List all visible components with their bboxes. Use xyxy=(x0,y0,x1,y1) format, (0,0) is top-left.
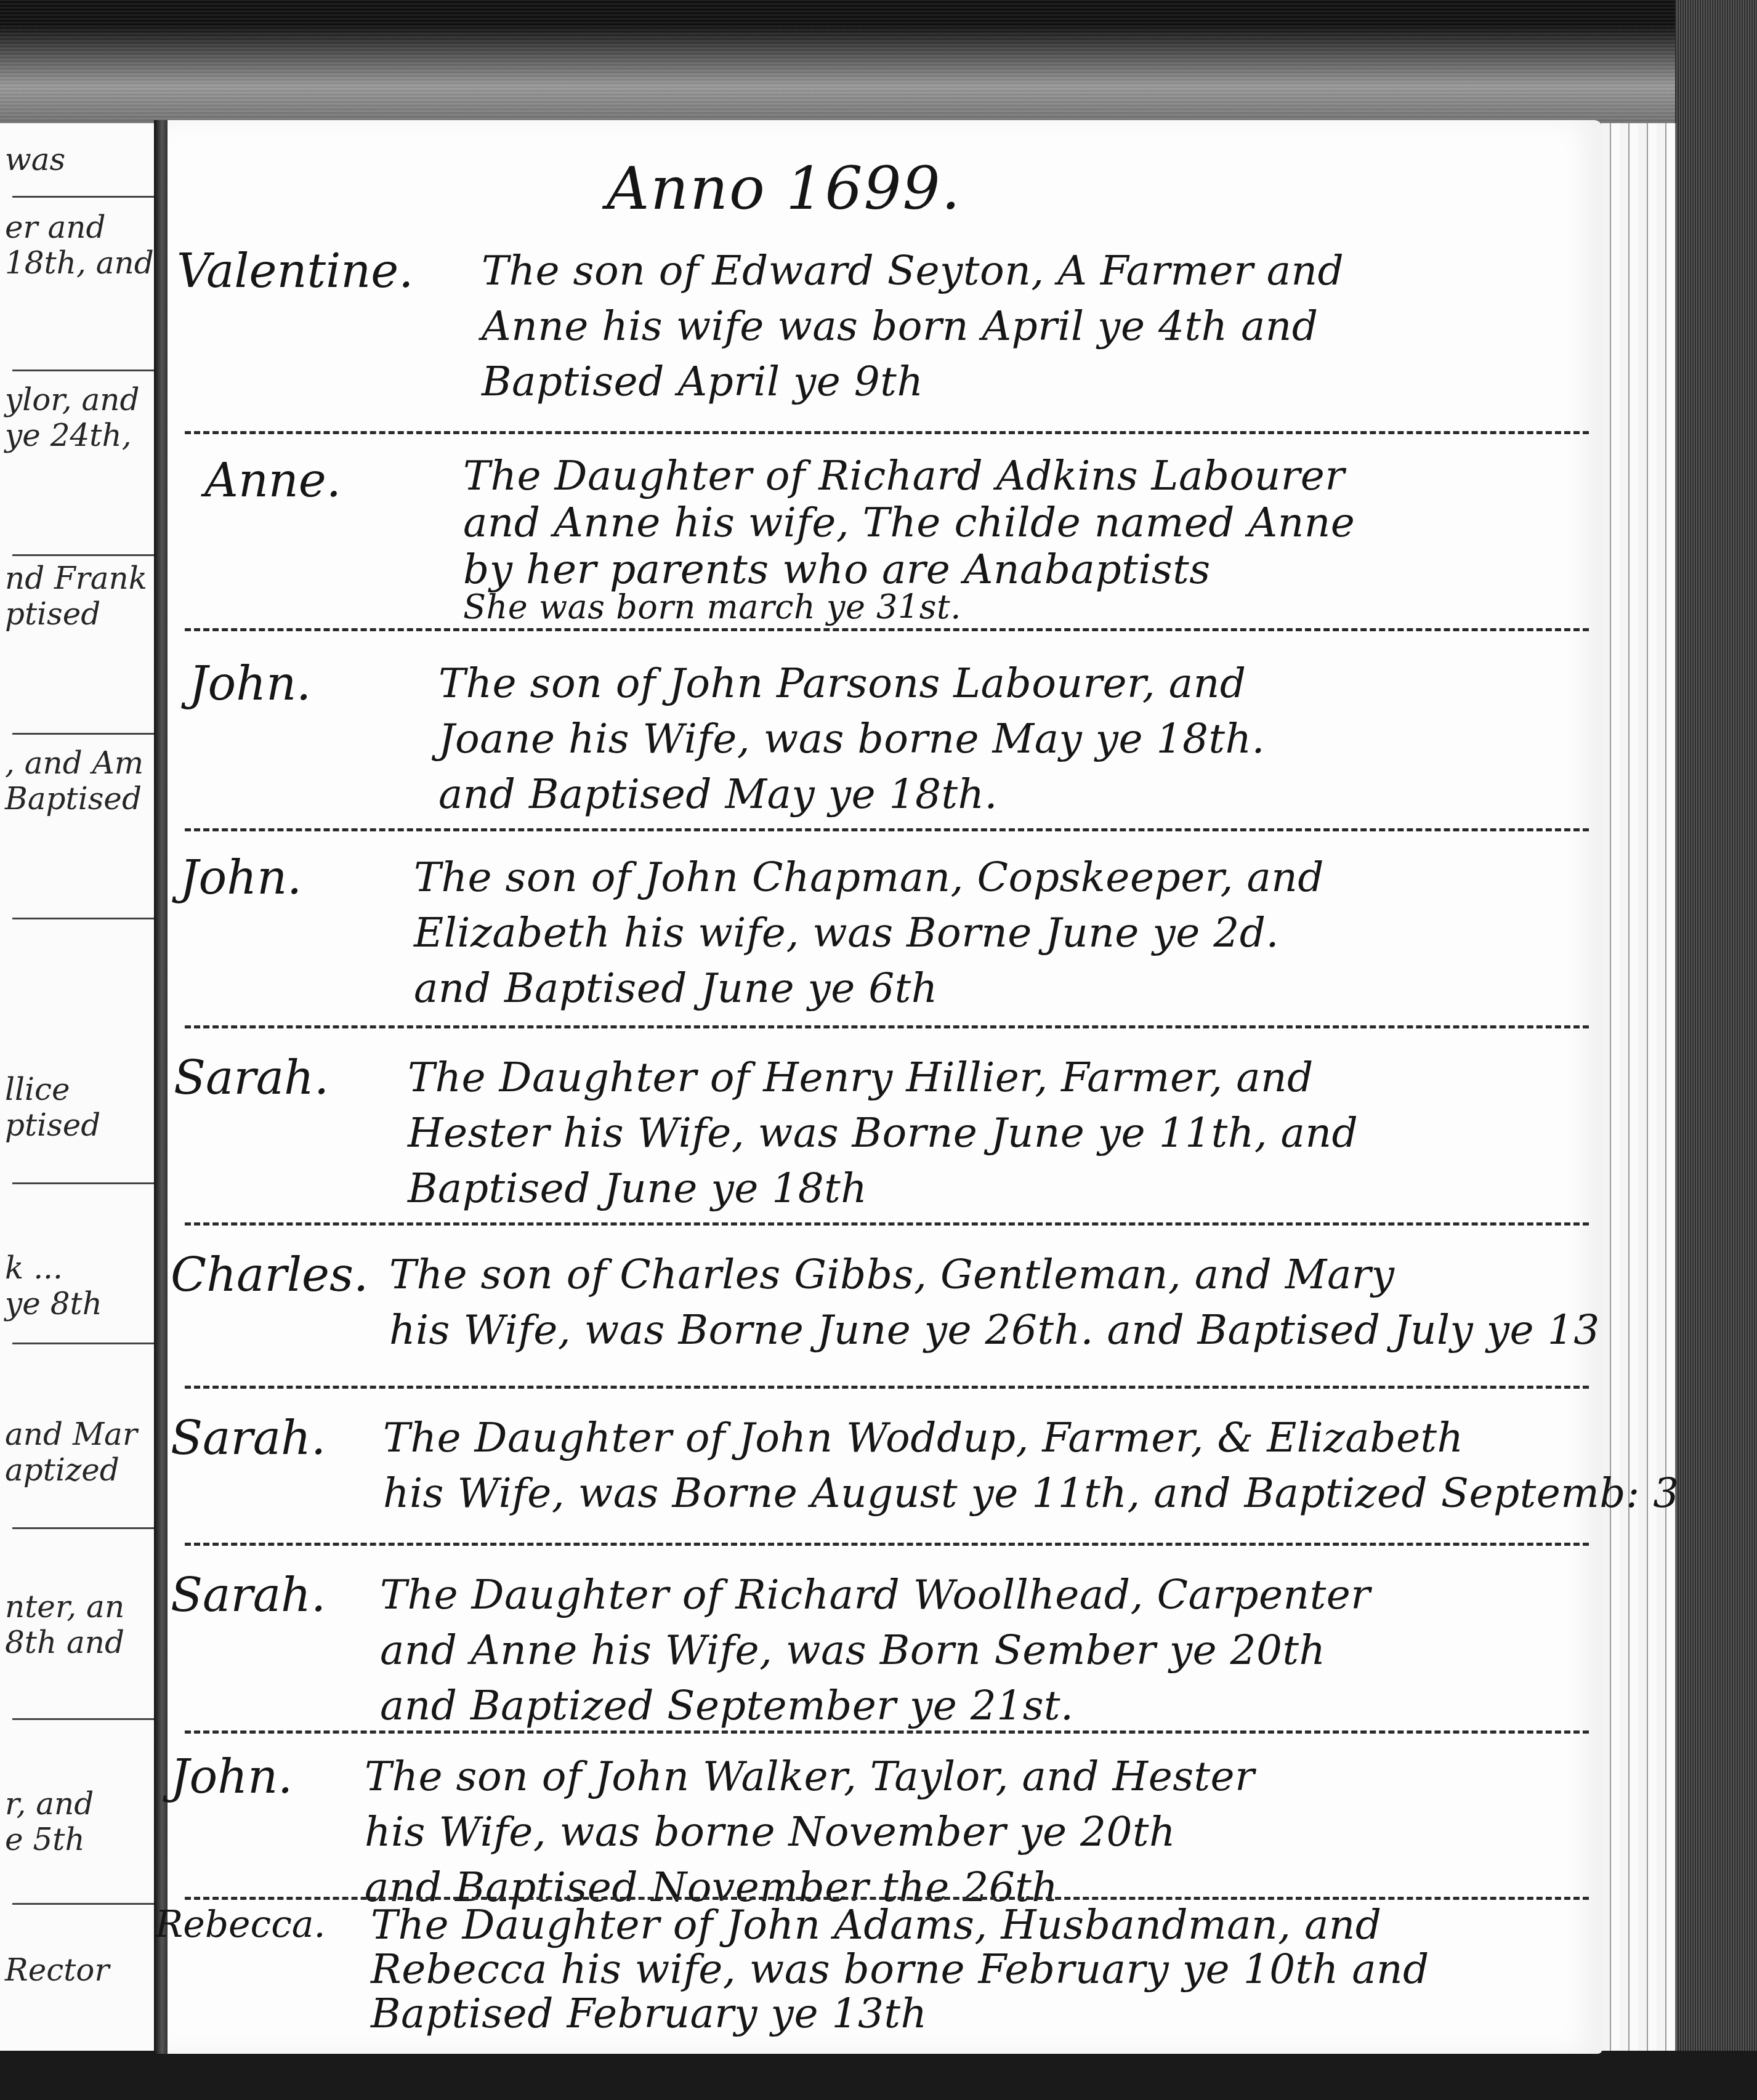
left-divider xyxy=(12,1527,154,1529)
page-edges xyxy=(1601,123,1676,2051)
entry-name: John. xyxy=(171,1749,293,1804)
left-divider xyxy=(12,196,154,198)
left-fragment: ylor, and ye 24th, xyxy=(5,382,153,453)
entry-text: The son of John Parsons Labourer, and Jo… xyxy=(438,656,1265,822)
left-fragment: r, and e 5th xyxy=(5,1786,153,1857)
entry-divider xyxy=(185,1222,1589,1226)
entry-divider xyxy=(185,1543,1589,1546)
entry-divider xyxy=(185,431,1589,434)
entry-divider xyxy=(185,1897,1589,1900)
entry-name: Sarah. xyxy=(171,1410,326,1465)
entry-text: The son of Edward Seyton, A Farmer and A… xyxy=(482,243,1344,410)
left-fragment: Rector xyxy=(5,1952,153,1988)
entry-text: The Daughter of Henry Hillier, Farmer, a… xyxy=(408,1050,1358,1216)
entry-text: The son of John Walker, Taylor, and Hest… xyxy=(365,1749,1254,1915)
left-fragment: llice ptised xyxy=(5,1072,153,1143)
entry-text: The Daughter of John Woddup, Farmer, & E… xyxy=(383,1410,1679,1521)
entry-divider xyxy=(185,1025,1589,1028)
left-divider xyxy=(12,554,154,556)
bottom-backdrop xyxy=(0,2051,1757,2100)
left-divider xyxy=(12,918,154,919)
left-fragment: was xyxy=(5,142,153,177)
entry-text: The Daughter of Richard Woollhead, Carpe… xyxy=(380,1567,1370,1734)
left-divider xyxy=(12,1182,154,1184)
entry-name: Charles. xyxy=(171,1247,368,1302)
entry-text: The son of John Chapman, Copskeeper, and… xyxy=(414,850,1324,1016)
entry-text: The Daughter of John Adams, Husbandman, … xyxy=(371,1903,1429,2036)
entry-text: The Daughter of Richard Adkins Labourer … xyxy=(463,453,1355,621)
right-backdrop xyxy=(1675,0,1757,2100)
entry-text: The son of Charles Gibbs, Gentleman, and… xyxy=(389,1247,1600,1358)
entry-name: Valentine. xyxy=(177,243,413,298)
left-fragment: k ... ye 8th xyxy=(5,1250,153,1322)
entry-name: John. xyxy=(189,656,311,711)
left-divider xyxy=(12,370,154,371)
left-divider xyxy=(12,1903,154,1905)
left-divider xyxy=(12,1718,154,1720)
left-divider xyxy=(12,733,154,735)
left-divider xyxy=(12,1343,154,1344)
entry-divider xyxy=(185,628,1589,631)
entry-name: Rebecca. xyxy=(155,1903,326,1946)
left-fragment: nter, an 8th and xyxy=(5,1589,153,1660)
entry-name: Sarah. xyxy=(174,1050,329,1105)
left-fragment: , and Am Baptised xyxy=(5,745,153,817)
entry-name: Sarah. xyxy=(171,1567,326,1622)
entry-name: Anne. xyxy=(204,453,341,507)
entry-divider xyxy=(185,1730,1589,1734)
left-fragment: er and 18th, and xyxy=(5,209,153,281)
entry-divider xyxy=(185,828,1589,831)
entry-divider xyxy=(185,1386,1589,1389)
page-title: Anno 1699. xyxy=(607,154,961,223)
left-page: was er and 18th, and ylor, and ye 24th, … xyxy=(0,123,161,2051)
left-fragment: nd Frank ptised xyxy=(5,560,153,632)
left-fragment: and Mar aptized xyxy=(5,1416,153,1488)
entry-name: John. xyxy=(180,850,302,905)
